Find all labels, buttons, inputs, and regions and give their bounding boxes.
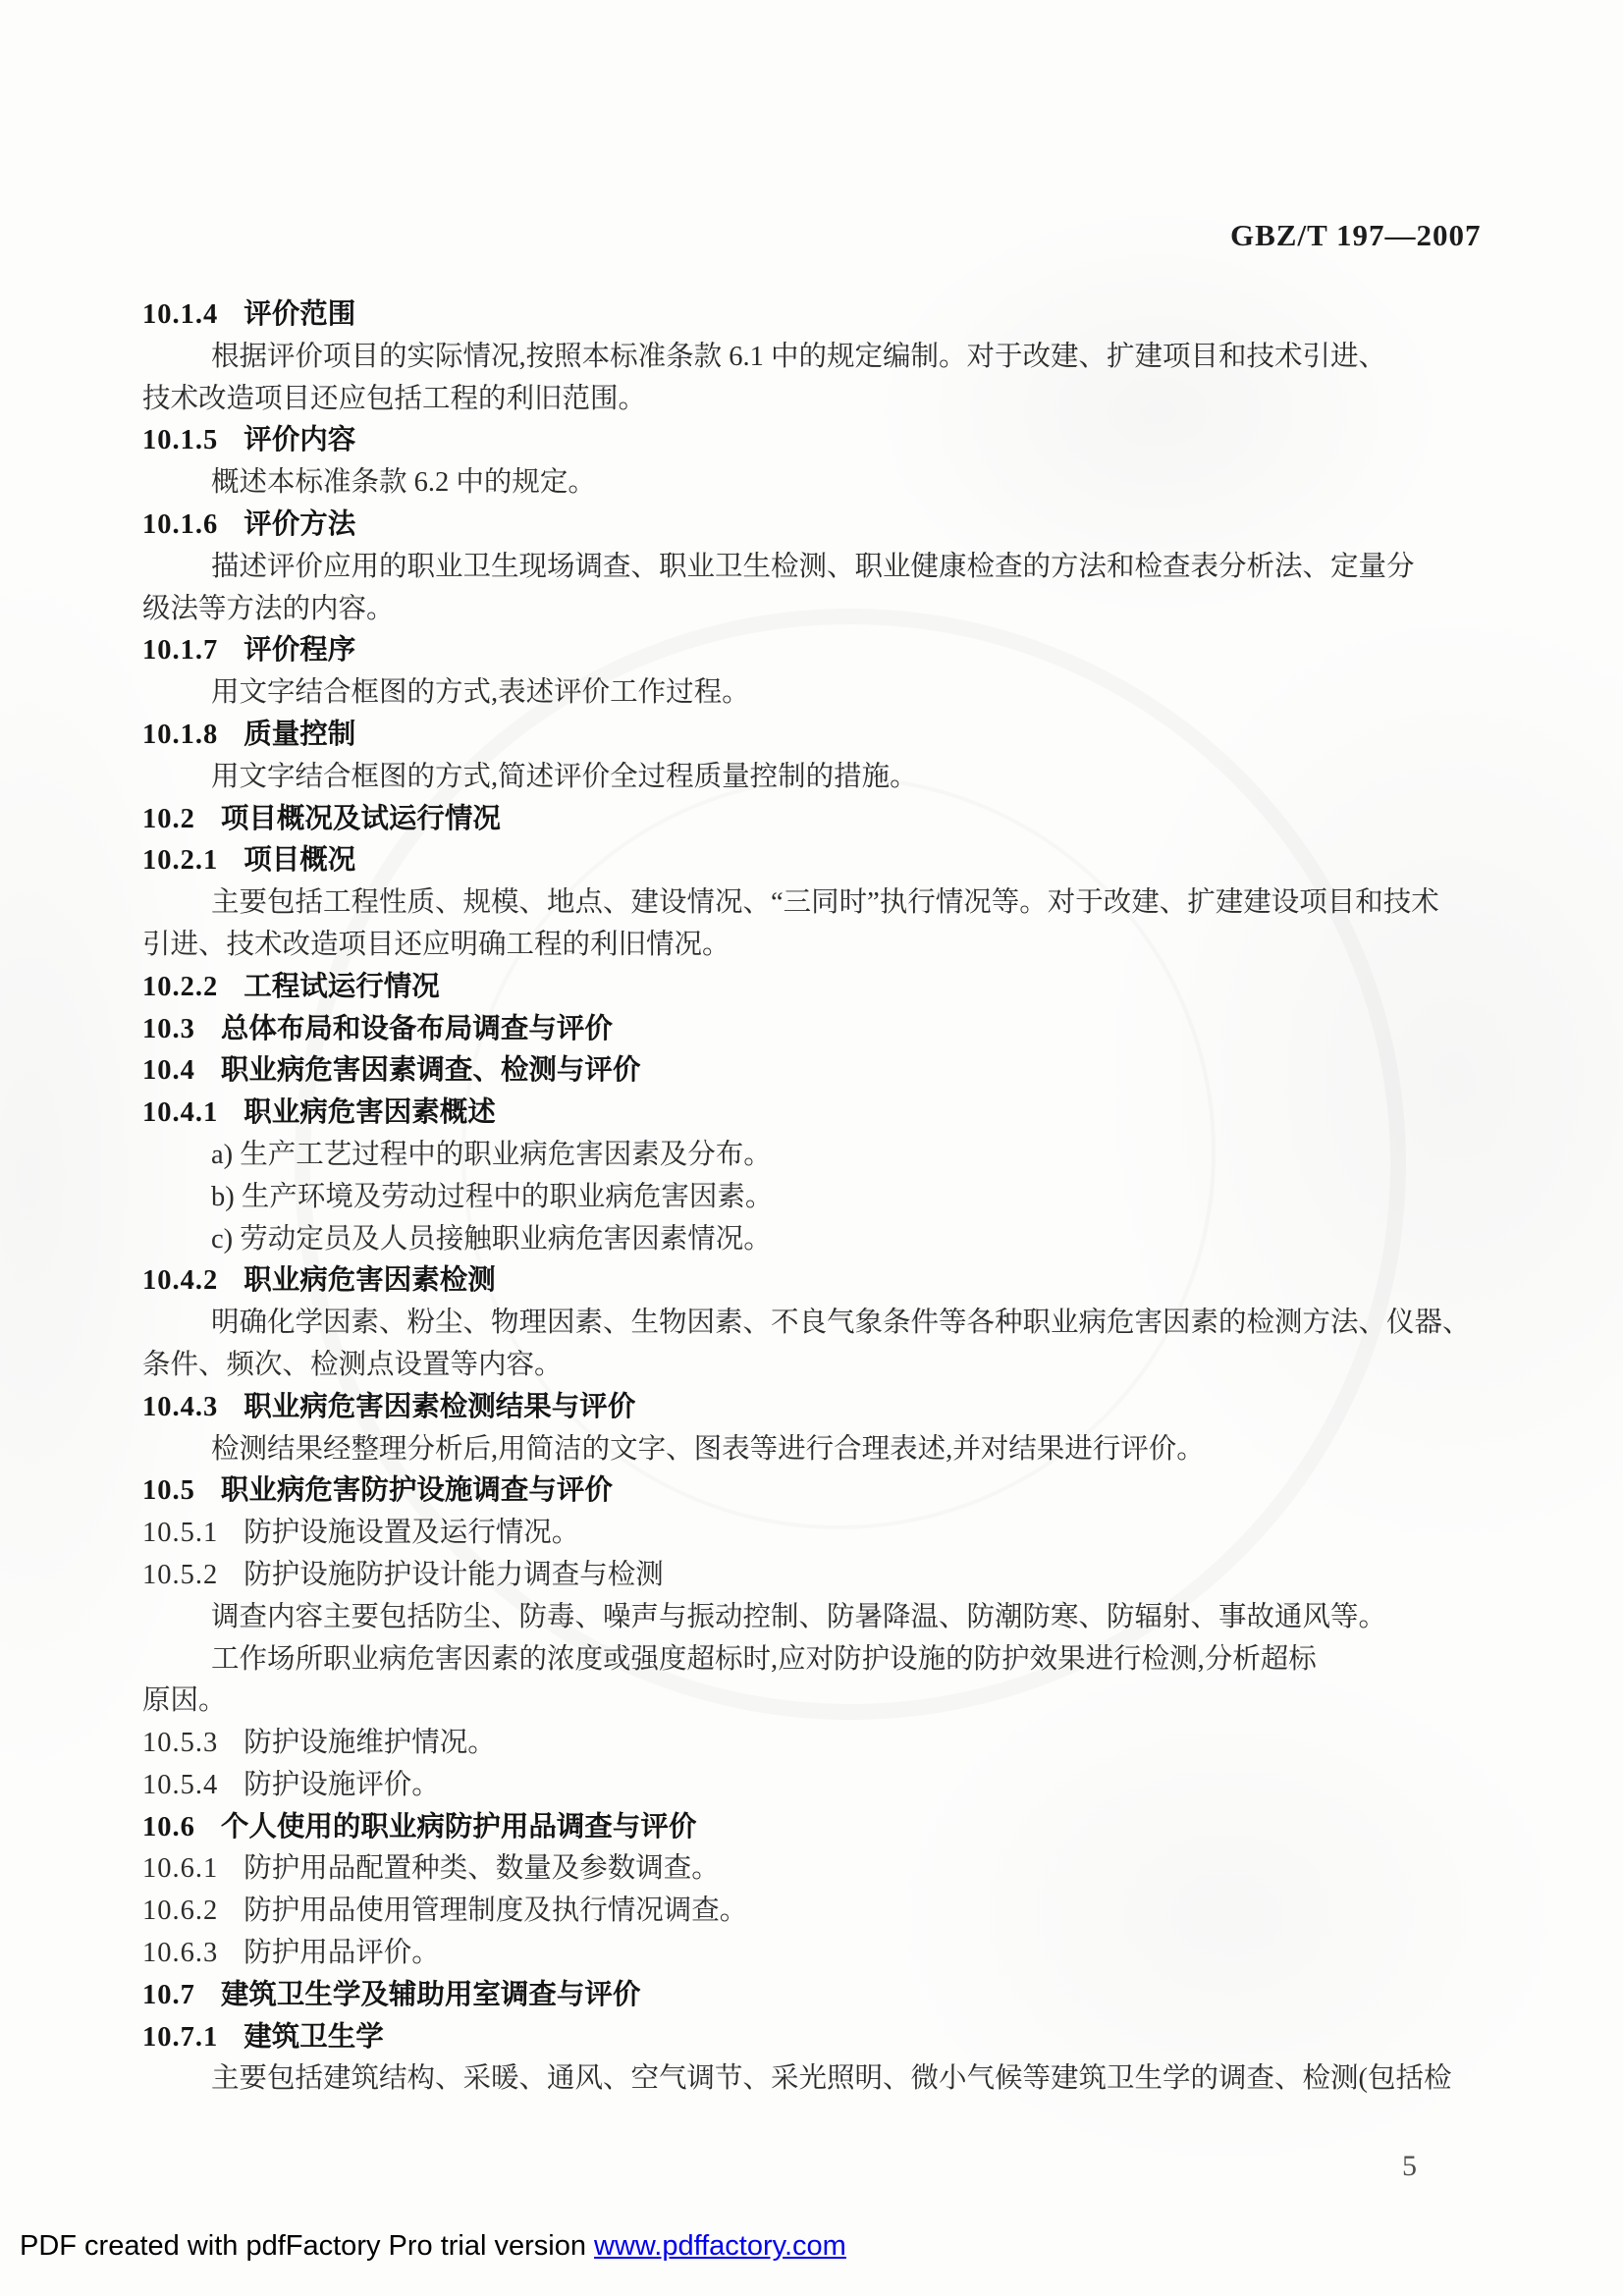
clause-title: 职业病危害防护设施调查与评价 — [221, 1475, 613, 1506]
clause-title: 质量控制 — [243, 720, 355, 750]
clause-number: 10.2.1 — [142, 840, 218, 882]
clause-title: 建筑卫生学 — [243, 2022, 384, 2053]
clause-10.6: 10.6个人使用的职业病防护用品调查与评价 — [142, 1807, 1497, 1849]
clause-number: 10.5.4 — [142, 1765, 218, 1807]
clause-number: 10.6.3 — [142, 1933, 218, 1975]
text-line: 用文字结合框图的方式,简述评价全过程质量控制的措施。 — [142, 757, 1497, 799]
clause-10.4.1: 10.4.1职业病危害因素概述 — [142, 1093, 1497, 1135]
clause-title: 防护用品评价。 — [243, 1938, 440, 1968]
text-line: 明确化学因素、粉尘、物理因素、生物因素、不良气象条件等各种职业病危害因素的检测方… — [142, 1303, 1497, 1345]
clause-10.1.4: 10.1.4评价范围 — [142, 294, 1497, 337]
clause-number: 10.4.3 — [142, 1387, 218, 1429]
clause-10.2.1: 10.2.1项目概况 — [142, 840, 1497, 882]
text-line: 根据评价项目的实际情况,按照本标准条款 6.1 中的规定编制。对于改建、扩建项目… — [142, 337, 1497, 379]
page-number: 5 — [1402, 2150, 1417, 2183]
clause-10.3: 10.3总体布局和设备布局调查与评价 — [142, 1009, 1497, 1051]
clause-number: 10.6 — [142, 1807, 195, 1849]
clause-number: 10.3 — [142, 1009, 195, 1051]
clause-number: 10.5.3 — [142, 1723, 218, 1765]
clause-title: 防护用品使用管理制度及执行情况调查。 — [243, 1896, 747, 1926]
text-line: 级法等方法的内容。 — [142, 589, 1497, 631]
clause-title: 职业病危害因素概述 — [243, 1097, 496, 1128]
clause-number: 10.5.2 — [142, 1555, 218, 1597]
text-line: 概述本标准条款 6.2 中的规定。 — [142, 462, 1497, 505]
clause-number: 10.1.6 — [142, 505, 218, 547]
text-line: 调查内容主要包括防尘、防毒、噪声与振动控制、防暑降温、防潮防寒、防辐射、事故通风… — [142, 1597, 1497, 1639]
clause-10.4: 10.4职业病危害因素调查、检测与评价 — [142, 1050, 1497, 1093]
pdf-watermark-text: PDF created with pdfFactory Pro trial ve… — [20, 2230, 594, 2262]
clause-number: 10.7.1 — [142, 2017, 218, 2059]
clause-number: 10.2.2 — [142, 967, 218, 1009]
clause-number: 10.2 — [142, 799, 195, 841]
clause-title: 评价内容 — [243, 425, 355, 455]
pdf-watermark-footer: PDF created with pdfFactory Pro trial ve… — [20, 2230, 846, 2263]
clause-title: 职业病危害因素检测 — [243, 1265, 496, 1296]
text-line: c) 劳动定员及人员接触职业病危害因素情况。 — [142, 1219, 1497, 1261]
clause-title: 评价范围 — [243, 299, 355, 330]
clause-10.6.2: 10.6.2防护用品使用管理制度及执行情况调查。 — [142, 1891, 1497, 1933]
clause-title: 个人使用的职业病防护用品调查与评价 — [221, 1812, 697, 1842]
clause-10.5.1: 10.5.1防护设施设置及运行情况。 — [142, 1513, 1497, 1555]
clause-10.5.2: 10.5.2防护设施防护设计能力调查与检测 — [142, 1555, 1497, 1597]
clause-title: 防护设施防护设计能力调查与检测 — [243, 1560, 664, 1590]
clause-number: 10.4 — [142, 1050, 195, 1093]
clause-title: 防护设施评价。 — [243, 1770, 440, 1800]
clause-10.1.5: 10.1.5评价内容 — [142, 420, 1497, 462]
text-line: 原因。 — [142, 1681, 1497, 1723]
text-line: 主要包括建筑结构、采暖、通风、空气调节、采光照明、微小气候等建筑卫生学的调查、检… — [142, 2058, 1497, 2101]
clause-10.7.1: 10.7.1建筑卫生学 — [142, 2017, 1497, 2059]
clause-number: 10.4.2 — [142, 1260, 218, 1303]
standard-code-header: GBZ/T 197—2007 — [1230, 218, 1456, 253]
clause-title: 总体布局和设备布局调查与评价 — [221, 1014, 613, 1044]
clause-number: 10.6.1 — [142, 1848, 218, 1891]
clause-number: 10.1.4 — [142, 294, 218, 337]
clause-10.6.1: 10.6.1防护用品配置种类、数量及参数调查。 — [142, 1848, 1497, 1891]
clause-10.5.3: 10.5.3防护设施维护情况。 — [142, 1723, 1497, 1765]
clause-10.4.2: 10.4.2职业病危害因素检测 — [142, 1260, 1497, 1303]
clause-title: 项目概况 — [243, 845, 355, 876]
clause-10.1.8: 10.1.8质量控制 — [142, 715, 1497, 757]
clause-10.2.2: 10.2.2工程试运行情况 — [142, 967, 1497, 1009]
clause-title: 职业病危害因素检测结果与评价 — [243, 1392, 635, 1422]
text-line: 技术改造项目还应包括工程的利旧范围。 — [142, 379, 1497, 421]
clause-10.1.7: 10.1.7评价程序 — [142, 630, 1497, 672]
text-line: a) 生产工艺过程中的职业病危害因素及分布。 — [142, 1135, 1497, 1177]
clause-10.2: 10.2项目概况及试运行情况 — [142, 799, 1497, 841]
clause-title: 防护设施维护情况。 — [243, 1728, 496, 1758]
text-line: 工作场所职业病危害因素的浓度或强度超标时,应对防护设施的防护效果进行检测,分析超… — [142, 1639, 1497, 1682]
clause-number: 10.5 — [142, 1470, 195, 1513]
text-line: 用文字结合框图的方式,表述评价工作过程。 — [142, 672, 1497, 715]
text-line: 描述评价应用的职业卫生现场调查、职业卫生检测、职业健康检查的方法和检查表分析法、… — [142, 547, 1497, 589]
clause-10.4.3: 10.4.3职业病危害因素检测结果与评价 — [142, 1387, 1497, 1429]
clause-title: 防护用品配置种类、数量及参数调查。 — [243, 1853, 720, 1884]
text-line: 主要包括工程性质、规模、地点、建设情况、“三同时”执行情况等。对于改建、扩建建设… — [142, 882, 1497, 925]
clause-10.5: 10.5职业病危害防护设施调查与评价 — [142, 1470, 1497, 1513]
clause-10.1.6: 10.1.6评价方法 — [142, 505, 1497, 547]
text-line: 检测结果经整理分析后,用简洁的文字、图表等进行合理表述,并对结果进行评价。 — [142, 1429, 1497, 1471]
clause-title: 评价方法 — [243, 509, 355, 540]
text-line: b) 生产环境及劳动过程中的职业病危害因素。 — [142, 1177, 1497, 1219]
clause-title: 工程试运行情况 — [243, 972, 440, 1002]
clause-number: 10.4.1 — [142, 1093, 218, 1135]
clause-title: 项目概况及试运行情况 — [221, 804, 501, 834]
clause-title: 防护设施设置及运行情况。 — [243, 1518, 579, 1548]
document-body: 10.1.4评价范围根据评价项目的实际情况,按照本标准条款 6.1 中的规定编制… — [142, 294, 1497, 2101]
clause-number: 10.6.2 — [142, 1891, 218, 1933]
clause-title: 职业病危害因素调查、检测与评价 — [221, 1055, 641, 1086]
clause-number: 10.1.7 — [142, 630, 218, 672]
clause-10.7: 10.7建筑卫生学及辅助用室调查与评价 — [142, 1975, 1497, 2017]
clause-number: 10.7 — [142, 1975, 195, 2017]
clause-title: 建筑卫生学及辅助用室调查与评价 — [221, 1980, 641, 2010]
clause-number: 10.1.8 — [142, 715, 218, 757]
clause-10.5.4: 10.5.4防护设施评价。 — [142, 1765, 1497, 1807]
pdffactory-link[interactable]: www.pdffactory.com — [594, 2230, 846, 2262]
clause-number: 10.1.5 — [142, 420, 218, 462]
text-line: 条件、频次、检测点设置等内容。 — [142, 1345, 1497, 1387]
clause-10.6.3: 10.6.3防护用品评价。 — [142, 1933, 1497, 1975]
clause-number: 10.5.1 — [142, 1513, 218, 1555]
text-line: 引进、技术改造项目还应明确工程的利旧情况。 — [142, 925, 1497, 967]
clause-title: 评价程序 — [243, 635, 355, 666]
